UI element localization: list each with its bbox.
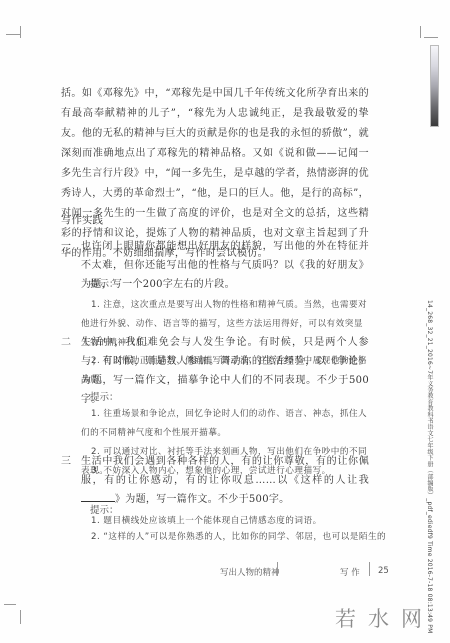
exercise-number: 二 bbox=[61, 333, 81, 352]
hint-3-2: 2. “这样的人”可以是你熟悉的人，比如你的同学、邻居，也可以是陌生的 bbox=[81, 528, 371, 547]
exercise-3: 三 生活中我们会遇到各种各样的人，有的让你尊敬，有的让你佩服，有的让你感动，有的… bbox=[61, 452, 369, 509]
exercise-number: 三 bbox=[61, 452, 81, 471]
crop-mark-top-right-h bbox=[424, 37, 438, 38]
exercise-text: 也许闭上眼睛你都能想出好朋友的样貌，写出他的外在特征并不太难，但你还能写出他的性… bbox=[81, 237, 369, 294]
exercise-text-part-1: 生活中我们会遇到各种各样的人，有的让你尊敬，有的让你佩服，有的让你感动，有的让你… bbox=[81, 456, 369, 486]
exercise-text-part-2: 》为题，写一篇作文。不少于500字。 bbox=[115, 494, 290, 505]
crop-mark-top-left-v bbox=[20, 26, 21, 38]
exercise-text: 生活中，我们难免会与人发生争论。有时候，只是两个人参与；有时候，则是数人参加。调… bbox=[81, 333, 369, 409]
footer-divider bbox=[277, 562, 278, 576]
footer-section: 写 作 bbox=[340, 566, 360, 578]
textbook-page: 括。如《邓稼先》中，“邓稼先是中国几千年传统文化所孕育出来的有最高奉献精神的儿子… bbox=[0, 0, 450, 643]
exercise-text: 生活中我们会遇到各种各样的人，有的让你尊敬，有的让你佩服，有的让你感动，有的让你… bbox=[81, 452, 369, 509]
crop-mark-bottom-left bbox=[4, 604, 16, 605]
page-number: 25 bbox=[378, 566, 389, 576]
crop-mark-top-left bbox=[6, 34, 20, 35]
hint-2-1: 1. 往重场景和争论点，回忆争论时人们的动作、语言、神态，抓住人们的不同精神气度… bbox=[81, 405, 371, 443]
crop-mark-top-right bbox=[420, 26, 421, 38]
fill-in-blank bbox=[81, 491, 115, 502]
crop-mark-bottom-left-v bbox=[20, 610, 21, 624]
side-margin-print-info: 14_268_32_21_2016~7年义务教育教科书语文七年级下册（部编版）_… bbox=[424, 300, 434, 634]
exercise-number: 一 bbox=[61, 237, 81, 256]
hint-label: 提示： bbox=[90, 389, 119, 403]
footer-chapter: 写出人物的精神 bbox=[220, 566, 280, 578]
watermark: 若水网 bbox=[335, 603, 434, 633]
hint-label: 提示： bbox=[90, 276, 119, 290]
section-title: 写作实践 bbox=[61, 212, 103, 227]
color-calibration-bar bbox=[430, 45, 439, 127]
footer-divider bbox=[369, 562, 370, 576]
